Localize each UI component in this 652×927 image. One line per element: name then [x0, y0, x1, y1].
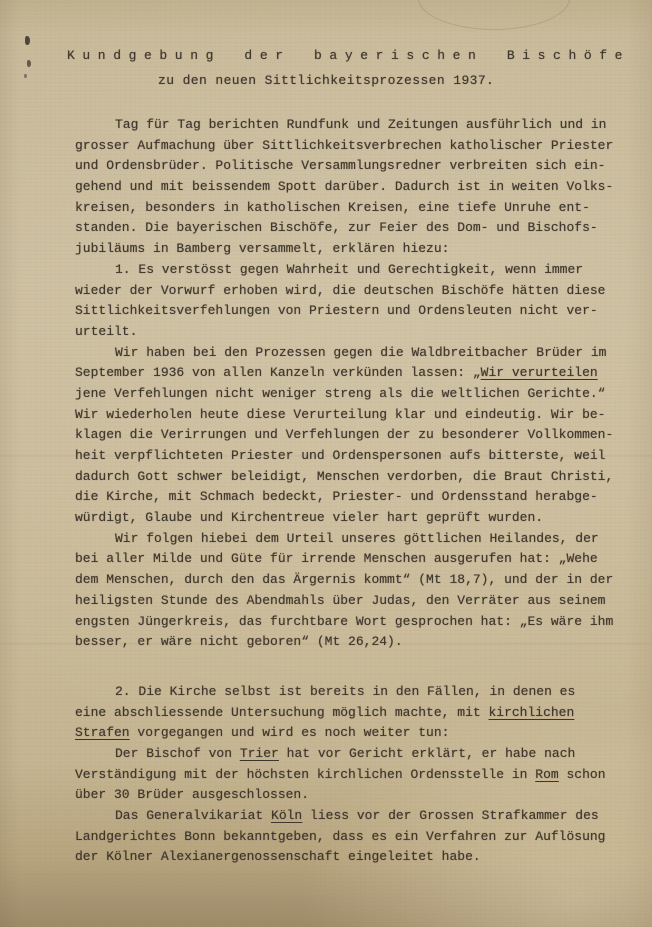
paragraph: 2. Die Kirche selbst ist bereits in den … — [75, 682, 622, 744]
document-title: Kundgebung der bayerischen Bischöfe — [67, 48, 652, 63]
text-line: urteilt. — [75, 322, 622, 343]
scanned-document: { "page": { "paper_color": "#cbbd9e", "i… — [0, 0, 652, 927]
underlined-text: Strafen — [75, 725, 130, 740]
text-line: Verständigung mit der höchsten kirchlich… — [75, 765, 622, 786]
text-segment: September 1936 von allen Kanzeln verkünd… — [75, 365, 481, 380]
text-segment: eine abschliessende Untersuchung möglich… — [75, 705, 488, 720]
text-segment: jene Verfehlungen nicht weniger streng a… — [75, 386, 606, 401]
underlined-text: Trier — [240, 746, 279, 761]
text-segment: schon — [559, 767, 606, 782]
ink-speck — [24, 74, 27, 78]
text-segment: Verständigung mit der höchsten kirchlich… — [75, 767, 535, 782]
text-segment: der Kölner Alexianergenossenschaft einge… — [75, 849, 481, 864]
text-line: Sittlichkeitsverfehlungen von Priestern … — [75, 301, 622, 322]
text-line: 2. Die Kirche selbst ist bereits in den … — [75, 682, 622, 703]
text-line: standen. Die bayerischen Bischöfe, zur F… — [75, 218, 622, 239]
text-line: heiligsten Stunde des Abendmahls über Ju… — [75, 591, 622, 612]
text-line: Wir folgen hiebei dem Urteil unseres göt… — [75, 529, 622, 550]
text-segment: klagen die Verirrungen und Verfehlungen … — [75, 427, 613, 442]
underlined-text: Rom — [535, 767, 558, 782]
text-segment: wieder der Vorwurf erhoben wird, die deu… — [75, 283, 606, 298]
text-segment: Landgerichtes Bonn bekanntgeben, dass es… — [75, 829, 606, 844]
paper-fold-line — [0, 455, 652, 457]
text-segment: liess vor der Grossen Strafkammer des — [302, 808, 598, 823]
text-line: Tag für Tag berichten Rundfunk und Zeitu… — [75, 115, 622, 136]
underlined-text: Köln — [271, 808, 302, 823]
text-segment: kreisen, besonders in katholischen Kreis… — [75, 200, 590, 215]
paragraph: Das Generalvikariat Köln liess vor der G… — [75, 806, 622, 868]
text-segment: 2. Die Kirche selbst ist bereits in den … — [115, 684, 575, 699]
text-segment: engsten Jüngerkreis, das furchtbare Wort… — [75, 614, 613, 629]
text-segment: Wir wiederholen heute diese Verurteilung… — [75, 407, 606, 422]
document-subtitle: zu den neuen Sittlichkeitsprozessen 1937… — [158, 73, 652, 88]
text-segment: die Kirche, mit Schmach bedeckt, Prieste… — [75, 489, 598, 504]
text-segment: standen. Die bayerischen Bischöfe, zur F… — [75, 220, 598, 235]
text-line: dadurch Gott schwer beleidigt, Menschen … — [75, 467, 622, 488]
document-page: Kundgebung der bayerischen Bischöfe zu d… — [0, 48, 652, 868]
text-segment: über 30 Brüder ausgeschlossen. — [75, 787, 309, 802]
text-line: 1. Es verstösst gegen Wahrheit und Gerec… — [75, 260, 622, 281]
text-segment: Das Generalvikariat — [115, 808, 271, 823]
paragraph: Wir folgen hiebei dem Urteil unseres göt… — [75, 529, 622, 653]
paragraph: Der Bischof von Trier hat vor Gericht er… — [75, 744, 622, 806]
text-line: und Ordensbrüder. Politische Versammlung… — [75, 156, 622, 177]
ink-speck — [25, 36, 30, 45]
text-line: Wir wiederholen heute diese Verurteilung… — [75, 405, 622, 426]
ink-speck — [27, 60, 31, 67]
text-line: kreisen, besonders in katholischen Kreis… — [75, 198, 622, 219]
paper-crease — [418, 0, 570, 30]
text-segment: gehend und mit beissendem Spott darüber.… — [75, 179, 613, 194]
text-segment: heiligsten Stunde des Abendmahls über Ju… — [75, 593, 606, 608]
text-line: eine abschliessende Untersuchung möglich… — [75, 703, 622, 724]
text-segment: jubiläums in Bamberg versammelt, erkläre… — [75, 241, 449, 256]
text-line: die Kirche, mit Schmach bedeckt, Prieste… — [75, 487, 622, 508]
underlined-text: kirchlichen — [488, 705, 574, 720]
text-line: wieder der Vorwurf erhoben wird, die deu… — [75, 281, 622, 302]
text-segment: Wir haben bei den Prozessen gegen die Wa… — [115, 345, 606, 360]
text-segment: hat vor Gericht erklärt, er habe nach — [279, 746, 575, 761]
text-line: Das Generalvikariat Köln liess vor der G… — [75, 806, 622, 827]
text-segment: grosser Aufmachung über Sittlichkeitsver… — [75, 138, 613, 153]
text-line: grosser Aufmachung über Sittlichkeitsver… — [75, 136, 622, 157]
text-segment: Sittlichkeitsverfehlungen von Priestern … — [75, 303, 598, 318]
paragraph: Wir haben bei den Prozessen gegen die Wa… — [75, 343, 622, 529]
text-line: Landgerichtes Bonn bekanntgeben, dass es… — [75, 827, 622, 848]
text-segment: bei aller Milde und Güte für irrende Men… — [75, 551, 598, 566]
text-segment: 1. Es verstösst gegen Wahrheit und Gerec… — [115, 262, 583, 277]
text-segment: dadurch Gott schwer beleidigt, Menschen … — [75, 469, 613, 484]
text-segment: Tag für Tag berichten Rundfunk und Zeitu… — [115, 117, 606, 132]
text-line: der Kölner Alexianergenossenschaft einge… — [75, 847, 622, 868]
text-line: Der Bischof von Trier hat vor Gericht er… — [75, 744, 622, 765]
text-segment: dem Menschen, durch den das Ärgernis kom… — [75, 572, 613, 587]
paper-fold-line — [0, 643, 652, 645]
underlined-text: Wir verurteilen — [481, 365, 598, 380]
text-line: dem Menschen, durch den das Ärgernis kom… — [75, 570, 622, 591]
text-line: Wir haben bei den Prozessen gegen die Wa… — [75, 343, 622, 364]
text-line: jubiläums in Bamberg versammelt, erkläre… — [75, 239, 622, 260]
text-line: Strafen vorgegangen und wird es noch wei… — [75, 723, 622, 744]
paragraph: 1. Es verstösst gegen Wahrheit und Gerec… — [75, 260, 622, 343]
text-segment: und Ordensbrüder. Politische Versammlung… — [75, 158, 606, 173]
text-line: über 30 Brüder ausgeschlossen. — [75, 785, 622, 806]
text-segment: urteilt. — [75, 324, 137, 339]
text-line: engsten Jüngerkreis, das furchtbare Wort… — [75, 612, 622, 633]
text-segment: würdigt, Glaube und Kirchentreue vieler … — [75, 510, 543, 525]
text-segment: besser, er wäre nicht geboren“ (Mt 26,24… — [75, 634, 403, 649]
text-line: jene Verfehlungen nicht weniger streng a… — [75, 384, 622, 405]
document-body: Tag für Tag berichten Rundfunk und Zeitu… — [75, 115, 622, 868]
text-line: gehend und mit beissendem Spott darüber.… — [75, 177, 622, 198]
text-line: würdigt, Glaube und Kirchentreue vieler … — [75, 508, 622, 529]
text-line: bei aller Milde und Güte für irrende Men… — [75, 549, 622, 570]
text-line: September 1936 von allen Kanzeln verkünd… — [75, 363, 622, 384]
paragraph: Tag für Tag berichten Rundfunk und Zeitu… — [75, 115, 622, 260]
text-segment: Wir folgen hiebei dem Urteil unseres göt… — [115, 531, 599, 546]
text-segment: Der Bischof von — [115, 746, 240, 761]
text-line: klagen die Verirrungen und Verfehlungen … — [75, 425, 622, 446]
text-segment: vorgegangen und wird es noch weiter tun: — [130, 725, 450, 740]
